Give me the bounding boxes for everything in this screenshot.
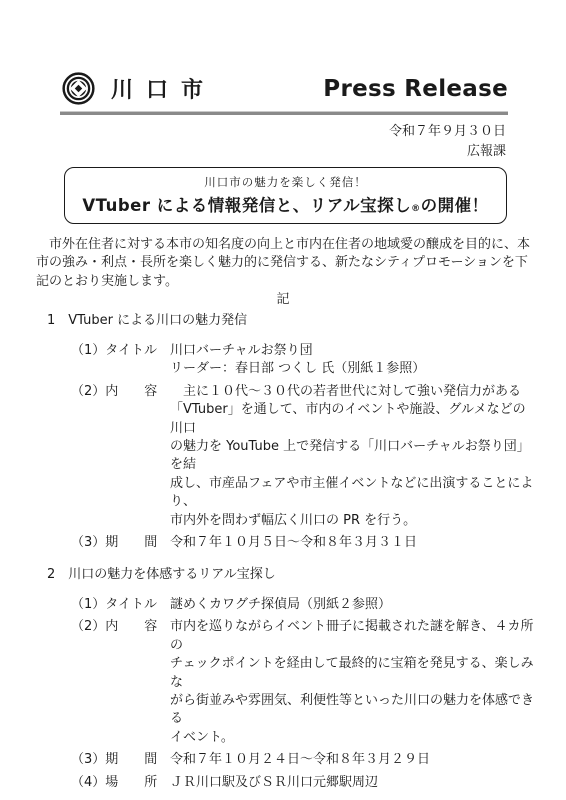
record-marker: 記 xyxy=(0,291,566,309)
headline-subtitle: 川口市の魅力を楽しく発信！ xyxy=(69,174,502,190)
item-label: （3）期 間 xyxy=(71,751,170,769)
issuing-department: 広報課 xyxy=(0,142,506,162)
list-item-title: （1）タイトル 川口バーチャルお祭り団 リーダー：春日部 つくし 氏（別紙１参照… xyxy=(71,342,538,379)
registered-trademark-mark: ® xyxy=(411,204,421,214)
item-label: （3）期 間 xyxy=(71,534,170,552)
item-value: ＪＲ川口駅及びＳＲ川口元郷駅周辺 xyxy=(170,774,538,792)
kawaguchi-city-emblem-icon xyxy=(62,72,95,105)
headline-title: VTuber による情報発信と、リアル宝探し®の開催！ xyxy=(69,192,502,216)
item-label: （4）場 所 xyxy=(71,774,170,792)
press-release-label: Press Release xyxy=(323,76,508,102)
header-divider xyxy=(60,111,508,115)
section-treasure-hunt: 2 川口の魅力を体感するリアル宝探し （1）タイトル 謎めくカワグチ探偵局（別紙… xyxy=(0,566,566,792)
headline-title-text: VTuber による情報発信と、リアル宝探し xyxy=(82,196,411,215)
item-label: （1）タイトル xyxy=(71,596,170,614)
list-item-period: （3）期 間 令和７年１０月５日～令和８年３月３１日 xyxy=(71,534,538,552)
headline-box: 川口市の魅力を楽しく発信！ VTuber による情報発信と、リアル宝探し®の開催… xyxy=(64,167,507,224)
release-date: 令和７年９月３０日 xyxy=(0,122,506,142)
item-value: 主に１０代～３０代の若者世代に対して強い発信力がある 「VTuber」を通して、… xyxy=(170,383,538,530)
item-value: 令和７年１０月５日～令和８年３月３１日 xyxy=(170,534,538,552)
city-name: 川口市 xyxy=(111,73,216,104)
item-value: 令和７年１０月２４日～令和８年３月２９日 xyxy=(170,751,538,769)
item-label: （2）内 容 xyxy=(71,383,170,530)
meta-block: 令和７年９月３０日 広報課 xyxy=(0,122,506,161)
list-item-period: （3）期 間 令和７年１０月２４日～令和８年３月２９日 xyxy=(71,751,538,769)
list-item-content: （2）内 容 主に１０代～３０代の若者世代に対して強い発信力がある 「VTube… xyxy=(71,383,538,530)
item-label: （1）タイトル xyxy=(71,342,170,379)
item-value: 市内を巡りながらイベント冊子に掲載された謎を解き、４カ所の チェックポイントを経… xyxy=(170,618,538,747)
header: 川口市 Press Release xyxy=(0,0,566,105)
item-label: （2）内 容 xyxy=(71,618,170,747)
press-release-page: 川口市 Press Release 令和７年９月３０日 広報課 川口市の魅力を楽… xyxy=(0,0,566,800)
item-value: 川口バーチャルお祭り団 リーダー：春日部 つくし 氏（別紙１参照） xyxy=(170,342,538,379)
headline-title-tail: の開催！ xyxy=(421,196,489,215)
intro-paragraph: 市外在住者に対する本市の知名度の向上と市内在住者の地域愛の醸成を目的に、本 市の… xyxy=(36,236,533,291)
section-2-title: 2 川口の魅力を体感するリアル宝探し xyxy=(47,566,566,584)
section-vtuber: 1 VTuber による川口の魅力発信 （1）タイトル 川口バーチャルお祭り団 … xyxy=(0,312,566,553)
list-item-place: （4）場 所 ＪＲ川口駅及びＳＲ川口元郷駅周辺 xyxy=(71,774,538,792)
section-1-title: 1 VTuber による川口の魅力発信 xyxy=(47,312,566,330)
list-item-content: （2）内 容 市内を巡りながらイベント冊子に掲載された謎を解き、４カ所の チェッ… xyxy=(71,618,538,747)
item-value: 謎めくカワグチ探偵局（別紙２参照） xyxy=(170,596,538,614)
list-item-title: （1）タイトル 謎めくカワグチ探偵局（別紙２参照） xyxy=(71,596,538,614)
